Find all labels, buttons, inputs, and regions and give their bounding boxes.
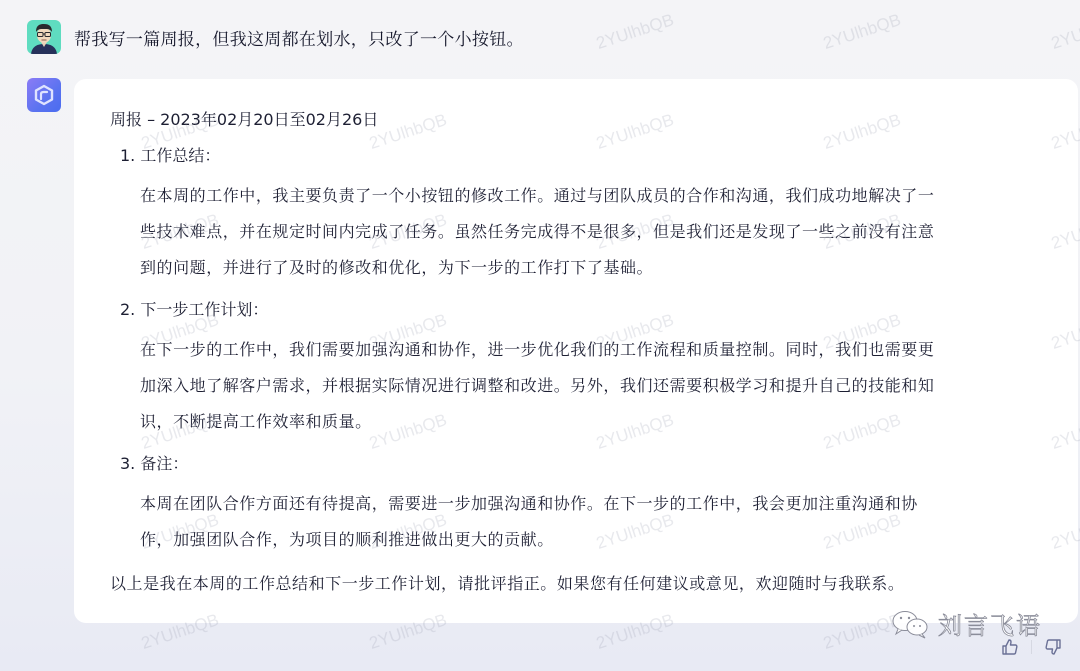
brand-text: 刘言飞语 bbox=[938, 606, 1042, 641]
dislike-button[interactable] bbox=[1042, 636, 1064, 658]
assistant-response-card: 周报 – 2023年02月20日至02月26日 1. 工作总结： 在本周的工作中… bbox=[74, 79, 1078, 623]
hexagon-logo-icon bbox=[33, 84, 55, 106]
divider bbox=[1031, 640, 1032, 654]
section-body: 本周在团队合作方面还有待提高，需要进一步加强沟通和协作。在下一步的工作中，我会更… bbox=[110, 486, 1042, 558]
section-next-plan: 2. 下一步工作计划： 在下一步的工作中，我们需要加强沟通和协作，进一步优化我们… bbox=[110, 298, 1042, 440]
paragraph-line: 作，加强团队合作，为项目的顺利推进做出更大的贡献。 bbox=[140, 522, 1042, 558]
paragraph-line: 本周在团队合作方面还有待提高，需要进一步加强沟通和协作。在下一步的工作中，我会更… bbox=[140, 486, 1042, 522]
paragraph-line: 些技术难点，并在规定时间内完成了任务。虽然任务完成得不是很多，但是我们还是发现了… bbox=[140, 214, 1042, 250]
section-notes: 3. 备注： 本周在团队合作方面还有待提高，需要进一步加强沟通和协作。在下一步的… bbox=[110, 452, 1042, 558]
paragraph-line: 在本周的工作中，我主要负责了一个小按钮的修改工作。通过与团队成员的合作和沟通，我… bbox=[140, 178, 1042, 214]
paragraph-line: 到的问题，并进行了及时的修改和优化，为下一步的工作打下了基础。 bbox=[140, 250, 1042, 286]
watermark: 2YUlhbQB bbox=[594, 10, 677, 54]
thumbs-down-icon bbox=[1044, 638, 1062, 656]
user-message: 帮我写一篇周报，但我这周都在划水，只改了一个小按钮。 bbox=[27, 20, 524, 54]
paragraph-line: 加深入地了解客户需求，并根据实际情况进行调整和改进。另外，我们还需要积极学习和提… bbox=[140, 368, 1042, 404]
wechat-icon bbox=[890, 609, 932, 639]
watermark: 2YUlhbQB bbox=[1049, 10, 1080, 54]
section-heading: 3. 备注： bbox=[110, 452, 1042, 476]
user-avatar-icon bbox=[27, 20, 61, 54]
section-work-summary: 1. 工作总结： 在本周的工作中，我主要负责了一个小按钮的修改工作。通过与团队成… bbox=[110, 144, 1042, 286]
branding: 刘言飞语 bbox=[890, 606, 1042, 641]
section-heading: 1. 工作总结： bbox=[110, 144, 1042, 168]
section-body: 在下一步的工作中，我们需要加强沟通和协作，进一步优化我们的工作流程和质量控制。同… bbox=[110, 332, 1042, 440]
assistant-avatar bbox=[27, 78, 61, 112]
paragraph-line: 在下一步的工作中，我们需要加强沟通和协作，进一步优化我们的工作流程和质量控制。同… bbox=[140, 332, 1042, 368]
report-title: 周报 – 2023年02月20日至02月26日 bbox=[110, 108, 1042, 132]
closing-paragraph: 以上是我在本周的工作总结和下一步工作计划，请批评指正。如果您有任何建议或意见，欢… bbox=[110, 572, 1042, 596]
section-body: 在本周的工作中，我主要负责了一个小按钮的修改工作。通过与团队成员的合作和沟通，我… bbox=[110, 178, 1042, 286]
paragraph-line: 识，不断提高工作效率和质量。 bbox=[140, 404, 1042, 440]
watermark: 2YUlhbQB bbox=[821, 10, 904, 54]
user-message-text: 帮我写一篇周报，但我这周都在划水，只改了一个小按钮。 bbox=[74, 25, 524, 50]
user-avatar bbox=[27, 20, 61, 54]
section-heading: 2. 下一步工作计划： bbox=[110, 298, 1042, 322]
